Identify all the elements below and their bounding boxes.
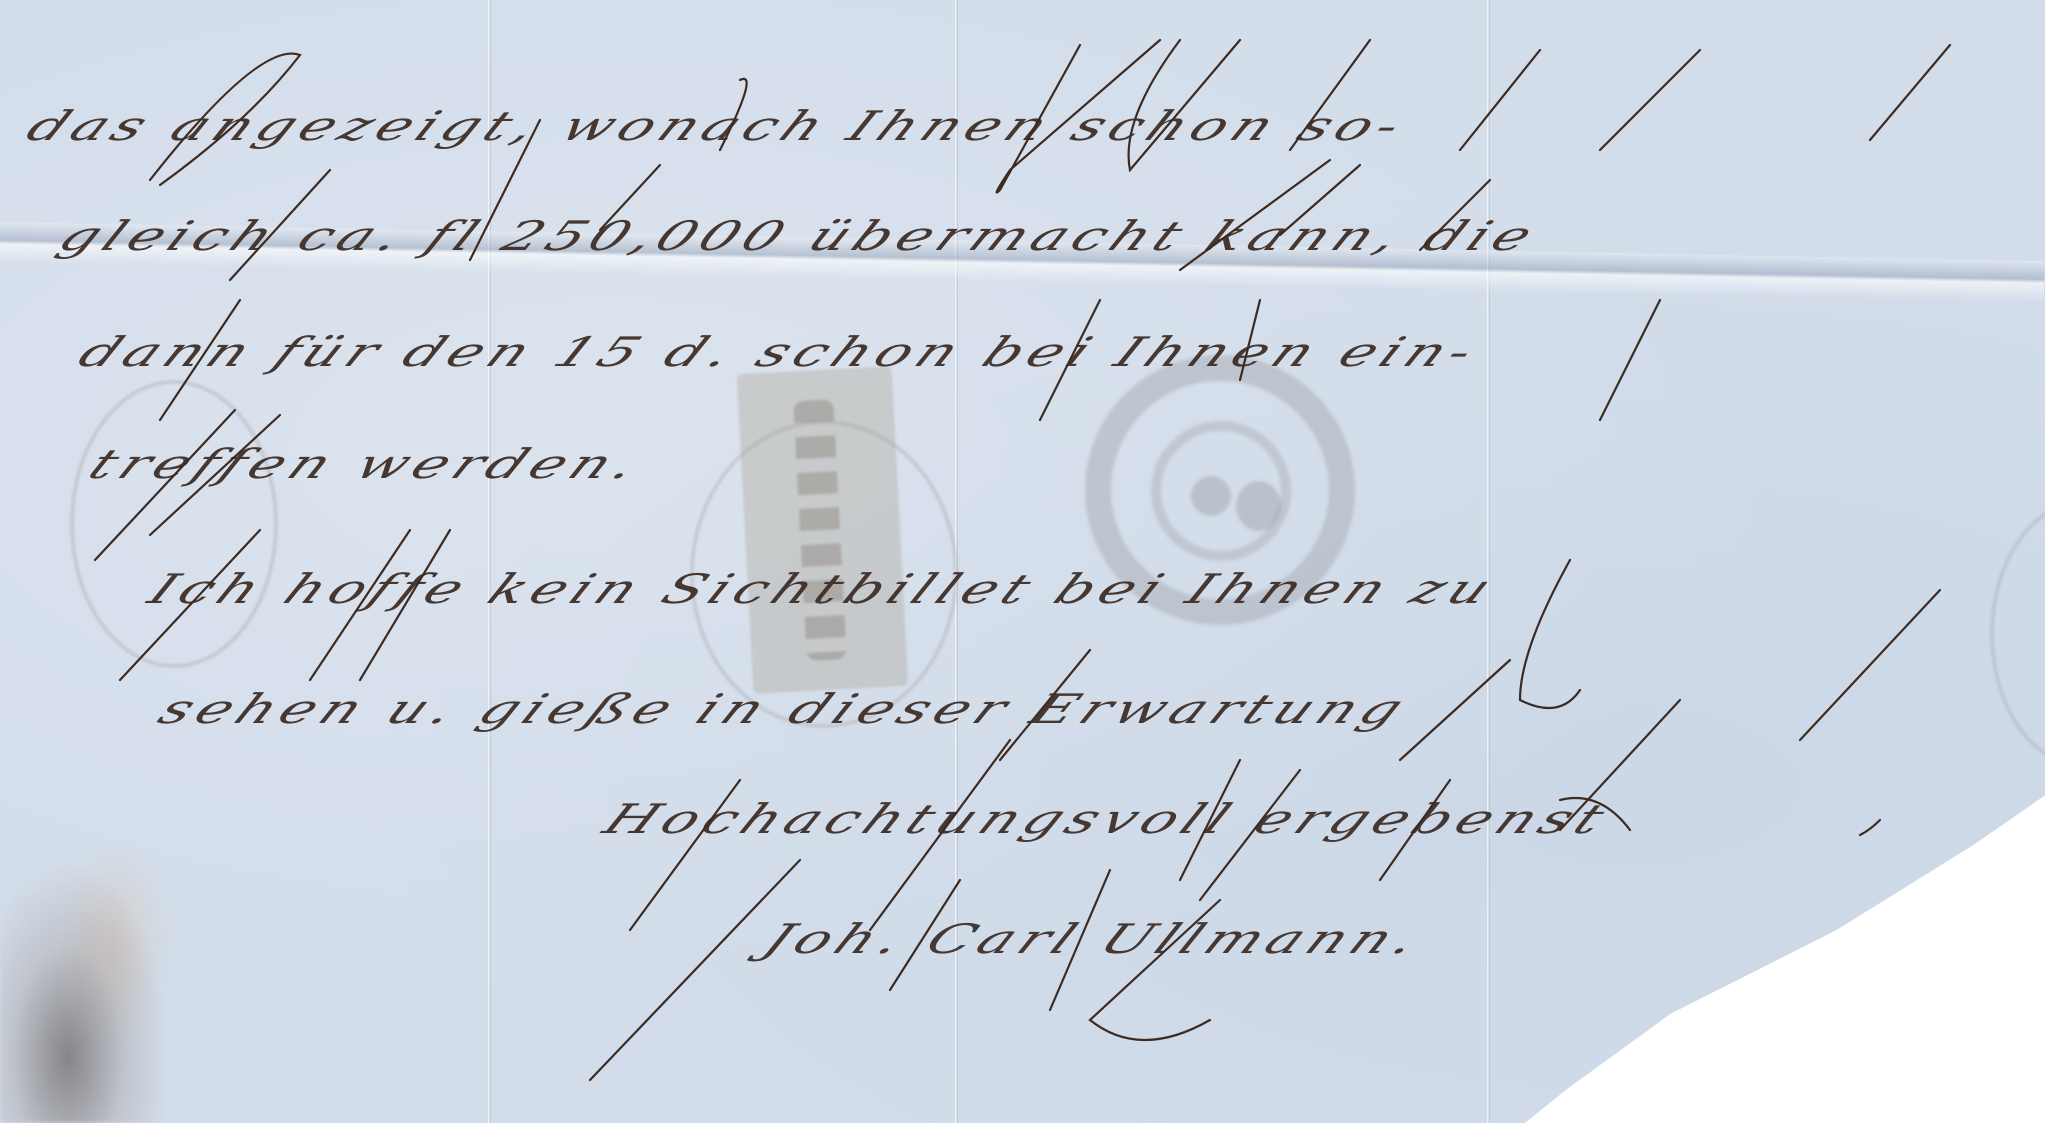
ink-stain [0,860,170,1123]
faint-postmark-ring [1990,500,2045,768]
letter-line-3: dann für den 15 d. schon bei Ihnen ein- [70,328,1489,376]
torn-paper-corner [1525,703,2045,1123]
fold-crease-vertical [488,0,491,1123]
letter-sheet: das angezeigt, wonach Ihnen schon so- gl… [0,0,2045,1123]
fold-crease-vertical [1487,0,1490,1123]
letter-line-4: treffen werden. [80,440,653,488]
letter-line-1: das angezeigt, wonach Ihnen schon so- [18,102,1416,150]
letter-line-2: gleich ca. fl 250,000 übermacht kann, di… [50,212,1548,260]
letter-line-6: sehen u. gieße in dieser Erwartung [150,685,1418,733]
faint-postmark-ring [70,380,278,668]
letter-closing: Hochachtungsvoll ergebenst [595,795,1620,843]
letter-line-5: Ich hoffe kein Sichtbillet bei Ihnen zu [140,565,1507,613]
letter-signature: Joh. Carl Ullmann. [755,915,1433,963]
